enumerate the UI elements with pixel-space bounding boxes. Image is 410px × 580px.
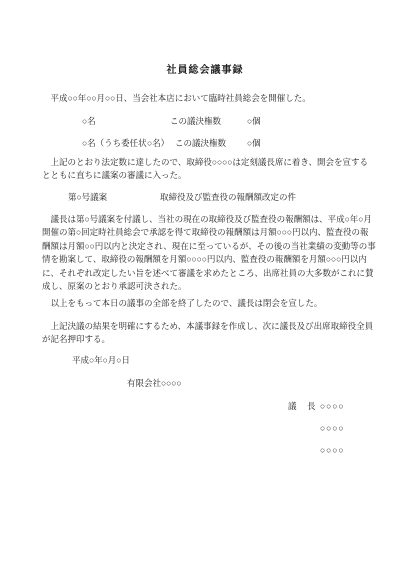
agenda-title: 取締役及び監査役の報酬額改定の件 bbox=[160, 191, 296, 204]
voting-rights-count: ○個 bbox=[247, 137, 261, 150]
document-title: 社員総会議事録 bbox=[0, 64, 410, 77]
attendance-row: ○名 この議決権数 ○個 bbox=[0, 115, 410, 128]
signature-row: ○○○○ bbox=[0, 444, 410, 457]
signature-name: ○○○○ bbox=[320, 422, 345, 435]
company-name: 有限会社○○○○ bbox=[127, 377, 182, 390]
voting-rights-label: この議決権数 bbox=[175, 137, 226, 150]
voting-rights-label: この議決権数 bbox=[170, 115, 221, 128]
signature-name: ○○○○ bbox=[320, 400, 345, 413]
closing-paragraph: 以上をもって本日の議事の全部を終了したので、議長は閉会を宣した。 bbox=[42, 297, 376, 310]
voting-rights-count: ○個 bbox=[247, 115, 261, 128]
proxy-count: ○名） bbox=[147, 137, 169, 150]
attendee-count: ○名 bbox=[82, 115, 96, 128]
signature-row: ○○○○ bbox=[0, 422, 410, 435]
opening-paragraph: 上記のとおり法定数に達したので、取締役○○○○は定刻議長席に着き、開会を宣すると… bbox=[42, 156, 376, 183]
document-page: 社員総会議事録 平成○○年○○月○○日、当会社本店において臨時社員総会を開催した… bbox=[0, 0, 410, 580]
resolution-paragraph: 議長は第○号議案を付議し、当社の現在の取締役及び監査役の報酬額は、平成○年○月開… bbox=[42, 213, 376, 293]
agenda-line: 第○号議案 取締役及び監査役の報酬額改定の件 bbox=[0, 191, 410, 204]
attendance-row: ○名（うち委任状 ○名） この議決権数 ○個 bbox=[0, 137, 410, 150]
document-date: 平成○年○月○日 bbox=[72, 354, 130, 367]
agenda-number: 第○号議案 bbox=[68, 191, 107, 204]
intro-paragraph: 平成○○年○○月○○日、当会社本店において臨時社員総会を開催した。 bbox=[42, 92, 376, 105]
signature-row: 議 長 ○○○○ bbox=[0, 400, 410, 413]
signature-name: ○○○○ bbox=[320, 444, 345, 457]
attestation-paragraph: 上記決議の結果を明確にするため、本議事録を作成し、次に議長及び出席取締役全員が記… bbox=[42, 320, 376, 347]
signature-role: 議 長 bbox=[288, 400, 317, 413]
attendee-count: ○名（うち委任状 bbox=[82, 137, 147, 150]
